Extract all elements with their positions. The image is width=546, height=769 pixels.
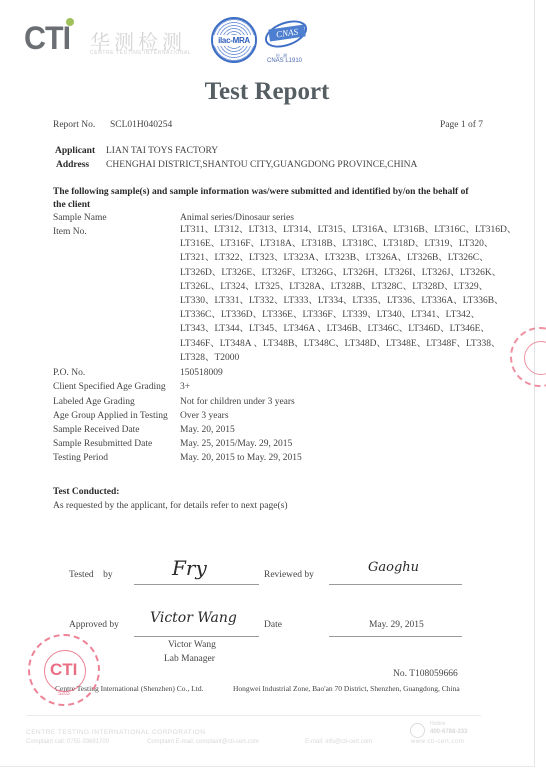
item-number-line: LT326L、LT324、LT325、LT328A、LT328B、LT328C、…: [180, 280, 520, 294]
cti-logo-dot-icon: [66, 18, 74, 26]
footer-complaint-email: Complaint E-mail: complaint@cti-cert.com: [147, 739, 259, 745]
field-label: Age Group Applied in Testing: [53, 411, 180, 421]
intro-line-1: The following sample(s) and sample infor…: [53, 187, 468, 197]
item-number-line: LT328、T2000: [180, 351, 520, 365]
item-number-line: LT330、LT331、LT332、LT333、LT334、LT335、LT33…: [180, 294, 520, 308]
footer-divider: [26, 715, 481, 716]
item-number-line: LT343、LT344、LT345、LT346A 、LT346B、LT346C、…: [180, 322, 520, 336]
logo-english-name: CENTRE TESTING INTERNATIONAL: [90, 50, 191, 56]
tested-signature-line: [134, 584, 259, 585]
reviewed-by-label: Reviewed by: [264, 570, 314, 580]
field-row: Sample Resubmitted DateMay. 25, 2015/May…: [53, 439, 292, 449]
tested-signature: Fry: [172, 556, 207, 580]
date-line: [329, 636, 462, 637]
field-value: May. 25, 2015/May. 29, 2015: [180, 439, 292, 449]
field-value: 3+: [180, 382, 190, 392]
date-label: Date: [264, 620, 282, 630]
applicant-label: Applicant: [55, 146, 95, 156]
ilac-mra-logo-icon: ilac-MRA: [211, 17, 257, 63]
date-value: May. 29, 2015: [369, 620, 424, 630]
approved-signature: Victor Wang: [150, 610, 237, 626]
approved-signature-line: [134, 636, 259, 637]
cnas-number: CNAS L1910: [267, 58, 302, 64]
item-number-line: LT336C、LT336D、LT336E、LT336F、LT339、LT340、…: [180, 308, 520, 322]
field-row: Client Specified Age Grading3+: [53, 382, 190, 392]
test-conducted-heading: Test Conducted:: [53, 487, 119, 497]
reviewed-signature: Gaoghu: [368, 560, 419, 575]
item-number-line: LT326D、LT326E、LT326F、LT326G、LT326H、LT326…: [180, 266, 520, 280]
field-label: Testing Period: [53, 453, 180, 463]
approver-name: Victor Wang: [168, 640, 216, 650]
company-address: Hongwei Industrial Zone, Bao'an 70 Distr…: [233, 684, 460, 693]
footer-hotline-label: Hotline: [430, 721, 446, 727]
item-no-label: Item No.: [53, 227, 87, 237]
field-label: Labeled Age Grading: [53, 397, 180, 407]
ilac-label: ilac-MRA: [211, 35, 257, 46]
field-value: 150518009: [180, 368, 223, 378]
test-conducted-text: As requested by the applicant, for detai…: [53, 501, 288, 511]
sample-name-value: Animal series/Dinosaur series: [180, 213, 294, 223]
cti-seal-icon: CTI S203: [28, 634, 100, 706]
field-row: P.O. No.150518009: [53, 368, 223, 378]
item-number-line: LT316E、LT316F、LT318A、LT318B、LT318C、LT318…: [180, 237, 520, 251]
report-page: CTI 华测检测 CENTRE TESTING INTERNATIONAL il…: [0, 0, 535, 767]
seal-code: S203: [58, 691, 70, 697]
page-indicator: Page 1 of 7: [440, 120, 483, 130]
footer-complaint-call: Complaint call: 0755-33681700: [26, 739, 109, 745]
approved-by-label: Approved by: [69, 620, 119, 630]
footer-email: E-mail: info@cti-cert.com: [305, 739, 372, 745]
address-label: Address: [56, 160, 89, 170]
field-value: Not for children under 3 years: [180, 397, 295, 407]
footer-hotline: 400-6788-333: [430, 729, 467, 735]
field-row: Sample Received DateMay. 20, 2015: [53, 425, 235, 435]
field-value: May. 20, 2015: [180, 425, 235, 435]
field-value: May. 20, 2015 to May. 29, 2015: [180, 453, 302, 463]
item-number-line: LT311、LT312、LT313、LT314、LT315、LT316A、LT3…: [180, 223, 520, 237]
reviewed-signature-line: [329, 584, 462, 585]
field-label: Sample Resubmitted Date: [53, 439, 180, 449]
footer-website: www.cti-cert.com: [411, 739, 464, 745]
footer-corp: CENTRE TESTING INTERNATIONAL CORPORATION: [26, 729, 205, 736]
cti-logo: CTI: [24, 22, 70, 54]
item-number-line: LT346F、LT348A 、LT348B、LT348C、LT348D、LT34…: [180, 337, 520, 351]
cnas-logo-icon: CNAS: [264, 18, 310, 50]
approver-title: Lab Manager: [164, 654, 215, 664]
address-value: CHENGHAI DISTRICT,SHANTOU CITY,GUANGDONG…: [106, 160, 417, 170]
applicant-value: LIAN TAI TOYS FACTORY: [106, 146, 218, 156]
page-title: Test Report: [0, 78, 534, 106]
field-row: Age Group Applied in TestingOver 3 years: [53, 411, 229, 421]
tested-by-label: Tested by: [69, 570, 113, 580]
field-value: Over 3 years: [180, 411, 229, 421]
seal-center-text: CTI: [50, 660, 77, 680]
report-number: SCL01H040254: [110, 120, 172, 130]
sample-name-label: Sample Name: [53, 213, 107, 223]
hotline-phone-icon: [410, 723, 425, 738]
certificate-number: No. T108059666: [393, 669, 458, 679]
item-number-list: LT311、LT312、LT313、LT314、LT315、LT316A、LT3…: [180, 223, 520, 365]
field-label: Client Specified Age Grading: [53, 382, 180, 392]
field-label: Sample Received Date: [53, 425, 180, 435]
field-label: P.O. No.: [53, 368, 180, 378]
field-row: Testing PeriodMay. 20, 2015 to May. 29, …: [53, 453, 302, 463]
intro-line-2: the client: [53, 200, 90, 210]
item-number-line: LT321、LT322、LT323、LT323A、LT323B、LT326A、L…: [180, 251, 520, 265]
report-number-label: Report No.: [53, 120, 95, 130]
field-row: Labeled Age GradingNot for children unde…: [53, 397, 295, 407]
